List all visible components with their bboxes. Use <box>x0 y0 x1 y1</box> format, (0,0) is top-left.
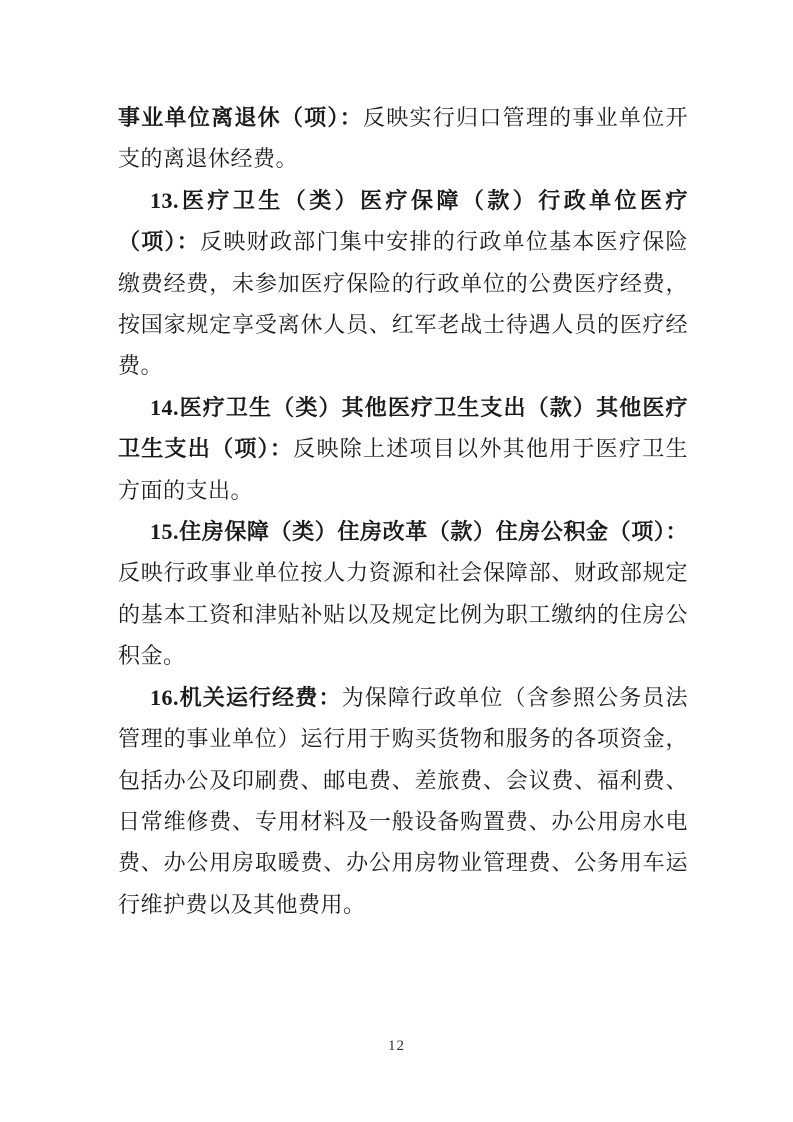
document-page: 事业单位离退休（项）：反映实行归口管理的事业单位开支的离退休经费。 13.医疗卫… <box>0 0 793 1122</box>
document-body: 事业单位离退休（项）：反映实行归口管理的事业单位开支的离退休经费。 13.医疗卫… <box>118 97 688 925</box>
budget-item-label: 事业单位离退休（项）： <box>118 105 363 130</box>
budget-item-label: 15.住房保障（类）住房改革（款）住房公积金（项）： <box>150 519 688 544</box>
budget-item-definition: 为保障行政单位（含参照公务员法管理的事业单位）运行用于购买货物和服务的各项资金，… <box>118 685 688 917</box>
budget-item-label: 16.机关运行经费： <box>150 685 342 710</box>
paragraph-item-13: 13.医疗卫生（类）医疗保障（款）行政单位医疗（项）：反映财政部门集中安排的行政… <box>118 180 688 387</box>
paragraph-item-14: 14.医疗卫生（类）其他医疗卫生支出（款）其他医疗卫生支出（项）：反映除上述项目… <box>118 387 688 511</box>
paragraph-item-16: 16.机关运行经费：为保障行政单位（含参照公务员法管理的事业单位）运行用于购买货… <box>118 677 688 925</box>
page-number: 12 <box>0 1038 793 1055</box>
budget-item-definition: 反映行政事业单位按人力资源和社会保障部、财政部规定的基本工资和津贴补贴以及规定比… <box>118 560 688 668</box>
budget-item-definition: 反映财政部门集中安排的行政单位基本医疗保险缴费经费，未参加医疗保险的行政单位的公… <box>118 229 688 378</box>
paragraph-item-15: 15.住房保障（类）住房改革（款）住房公积金（项）：反映行政事业单位按人力资源和… <box>118 511 688 677</box>
paragraph-retirement-continuation: 事业单位离退休（项）：反映实行归口管理的事业单位开支的离退休经费。 <box>118 97 688 180</box>
